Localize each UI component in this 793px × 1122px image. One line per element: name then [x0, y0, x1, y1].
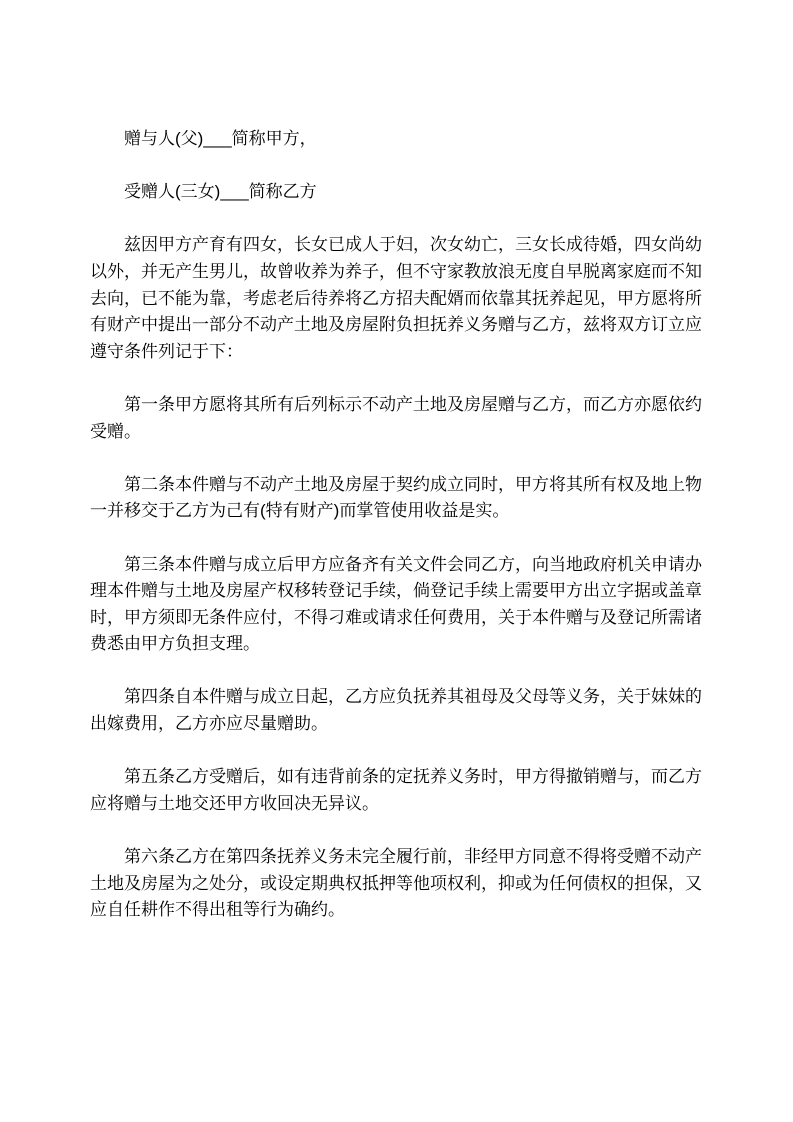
clause-article-5: 第五条乙方受赠后，如有违背前条的定抚养义务时，甲方得撤销赠与，而乙方应将赠与土地…: [90, 764, 702, 817]
document-body: 赠与人(父)___简称甲方， 受赠人(三女)___简称乙方 兹因甲方产育有四女，…: [0, 0, 793, 924]
donor-line: 赠与人(父)___简称甲方，: [90, 126, 702, 153]
clause-article-4: 第四条自本件赠与成立日起，乙方应负抚养其祖母及父母等义务，关于妹妹的出嫁费用，乙…: [90, 684, 702, 737]
document-page: 赠与人(父)___简称甲方， 受赠人(三女)___简称乙方 兹因甲方产育有四女，…: [0, 0, 793, 1122]
clause-article-6: 第六条乙方在第四条抚养义务未完全履行前，非经甲方同意不得将受赠不动产土地及房屋为…: [90, 844, 702, 924]
clause-article-1: 第一条甲方愿将其所有后列标示不动产土地及房屋赠与乙方，而乙方亦愿依约受赠。: [90, 392, 702, 445]
clause-article-3: 第三条本件赠与成立后甲方应备齐有关文件会同乙方，向当地政府机关申请办理本件赠与土…: [90, 552, 702, 658]
clause-article-2: 第二条本件赠与不动产土地及房屋于契约成立同时，甲方将其所有权及地上物一并移交于乙…: [90, 472, 702, 525]
donee-line: 受赠人(三女)___简称乙方: [90, 179, 702, 206]
preamble-paragraph: 兹因甲方产育有四女，长女已成人于妇，次女幼亡，三女长成待婚，四女尚幼以外，并无产…: [90, 232, 702, 365]
